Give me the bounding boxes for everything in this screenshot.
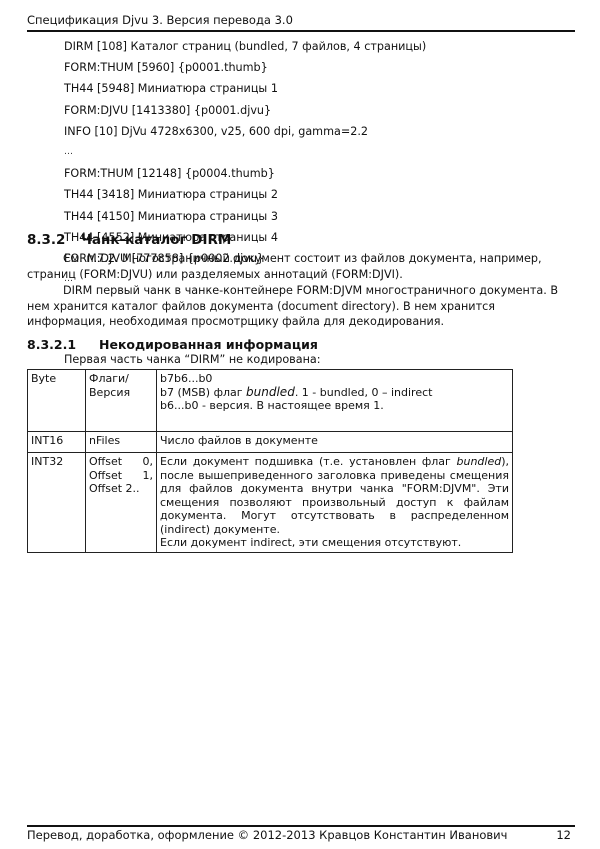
cell-type: INT16: [28, 432, 86, 453]
running-header: Спецификация Djvu 3. Версия перевода 3.0: [27, 13, 293, 27]
desc-line: b7 (MSB) флаг bundled. 1 - bundled, 0 – …: [160, 386, 509, 400]
desc-line: b7b6...b0: [160, 372, 509, 386]
code-line: TH44 [5948] Миниатюра страницы 1: [64, 78, 426, 99]
subsection-number: 8.3.2.1: [27, 337, 99, 352]
desc-line: b6...b0 - версия. В настоящее время 1.: [160, 399, 509, 413]
cell-desc: b7b6...b0 b7 (MSB) флаг bundled. 1 - bun…: [157, 370, 513, 432]
paragraph-text: DIRM первый чанк в чанке-контейнере FORM…: [27, 284, 558, 328]
code-line: TH44 [4150] Миниатюра страницы 3: [64, 206, 426, 227]
running-footer: Перевод, доработка, оформление © 2012-20…: [27, 828, 507, 842]
code-line: FORM:DJVU [1413380] {p0001.djvu}: [64, 100, 426, 121]
cell-desc: Если документ подшивка (т.е. установлен …: [157, 453, 513, 553]
cell-type: INT32: [28, 453, 86, 553]
cell-name: nFiles: [86, 432, 157, 453]
table-row: INT16 nFiles Число файлов в документе: [28, 432, 513, 453]
cell-name: Offset0, Offset1, Offset 2..: [86, 453, 157, 553]
cell-desc: Число файлов в документе: [157, 432, 513, 453]
dirm-table: Byte Флаги/ Версия b7b6...b0 b7 (MSB) фл…: [27, 369, 513, 553]
table-row: Byte Флаги/ Версия b7b6...b0 b7 (MSB) фл…: [28, 370, 513, 432]
desc-paragraph: Если документ indirect, эти смещения отс…: [160, 536, 509, 550]
paragraph: См. п.7.2. Многостраничный документ сост…: [27, 251, 567, 282]
section-number: 8.3.2: [27, 232, 81, 248]
subsection-title: Некодированная информация: [99, 337, 318, 352]
desc-paragraph: Если документ подшивка (т.е. установлен …: [160, 455, 509, 536]
code-line: DIRM [108] Каталог страниц (bundled, 7 ф…: [64, 36, 426, 57]
paragraph: DIRM первый чанк в чанке-контейнере FORM…: [27, 283, 567, 330]
code-line: TH44 [3418] Миниатюра страницы 2: [64, 184, 426, 205]
page-number: 12: [556, 828, 571, 842]
subsection-heading: 8.3.2.1Некодированная информация: [27, 337, 318, 352]
section-title: Чанк-каталог DIRM: [81, 232, 231, 248]
cell-type: Byte: [28, 370, 86, 432]
section-heading: 8.3.2Чанк-каталог DIRM: [27, 232, 231, 248]
code-line: INFO [10] DjVu 4728x6300, v25, 600 dpi, …: [64, 121, 426, 142]
header-rule: [27, 30, 575, 32]
footer-rule: [27, 825, 575, 827]
table-caption: Первая часть чанка “DIRM” не кодирована:: [64, 353, 321, 366]
cell-name: Флаги/ Версия: [86, 370, 157, 432]
table-row: INT32 Offset0, Offset1, Offset 2.. Если …: [28, 453, 513, 553]
ellipsis: …: [64, 142, 426, 163]
code-line: FORM:THUM [5960] {p0001.thumb}: [64, 57, 426, 78]
paragraph-text: См. п.7.2. Многостраничный документ сост…: [27, 252, 542, 281]
code-line: FORM:THUM [12148] {p0004.thumb}: [64, 163, 426, 184]
